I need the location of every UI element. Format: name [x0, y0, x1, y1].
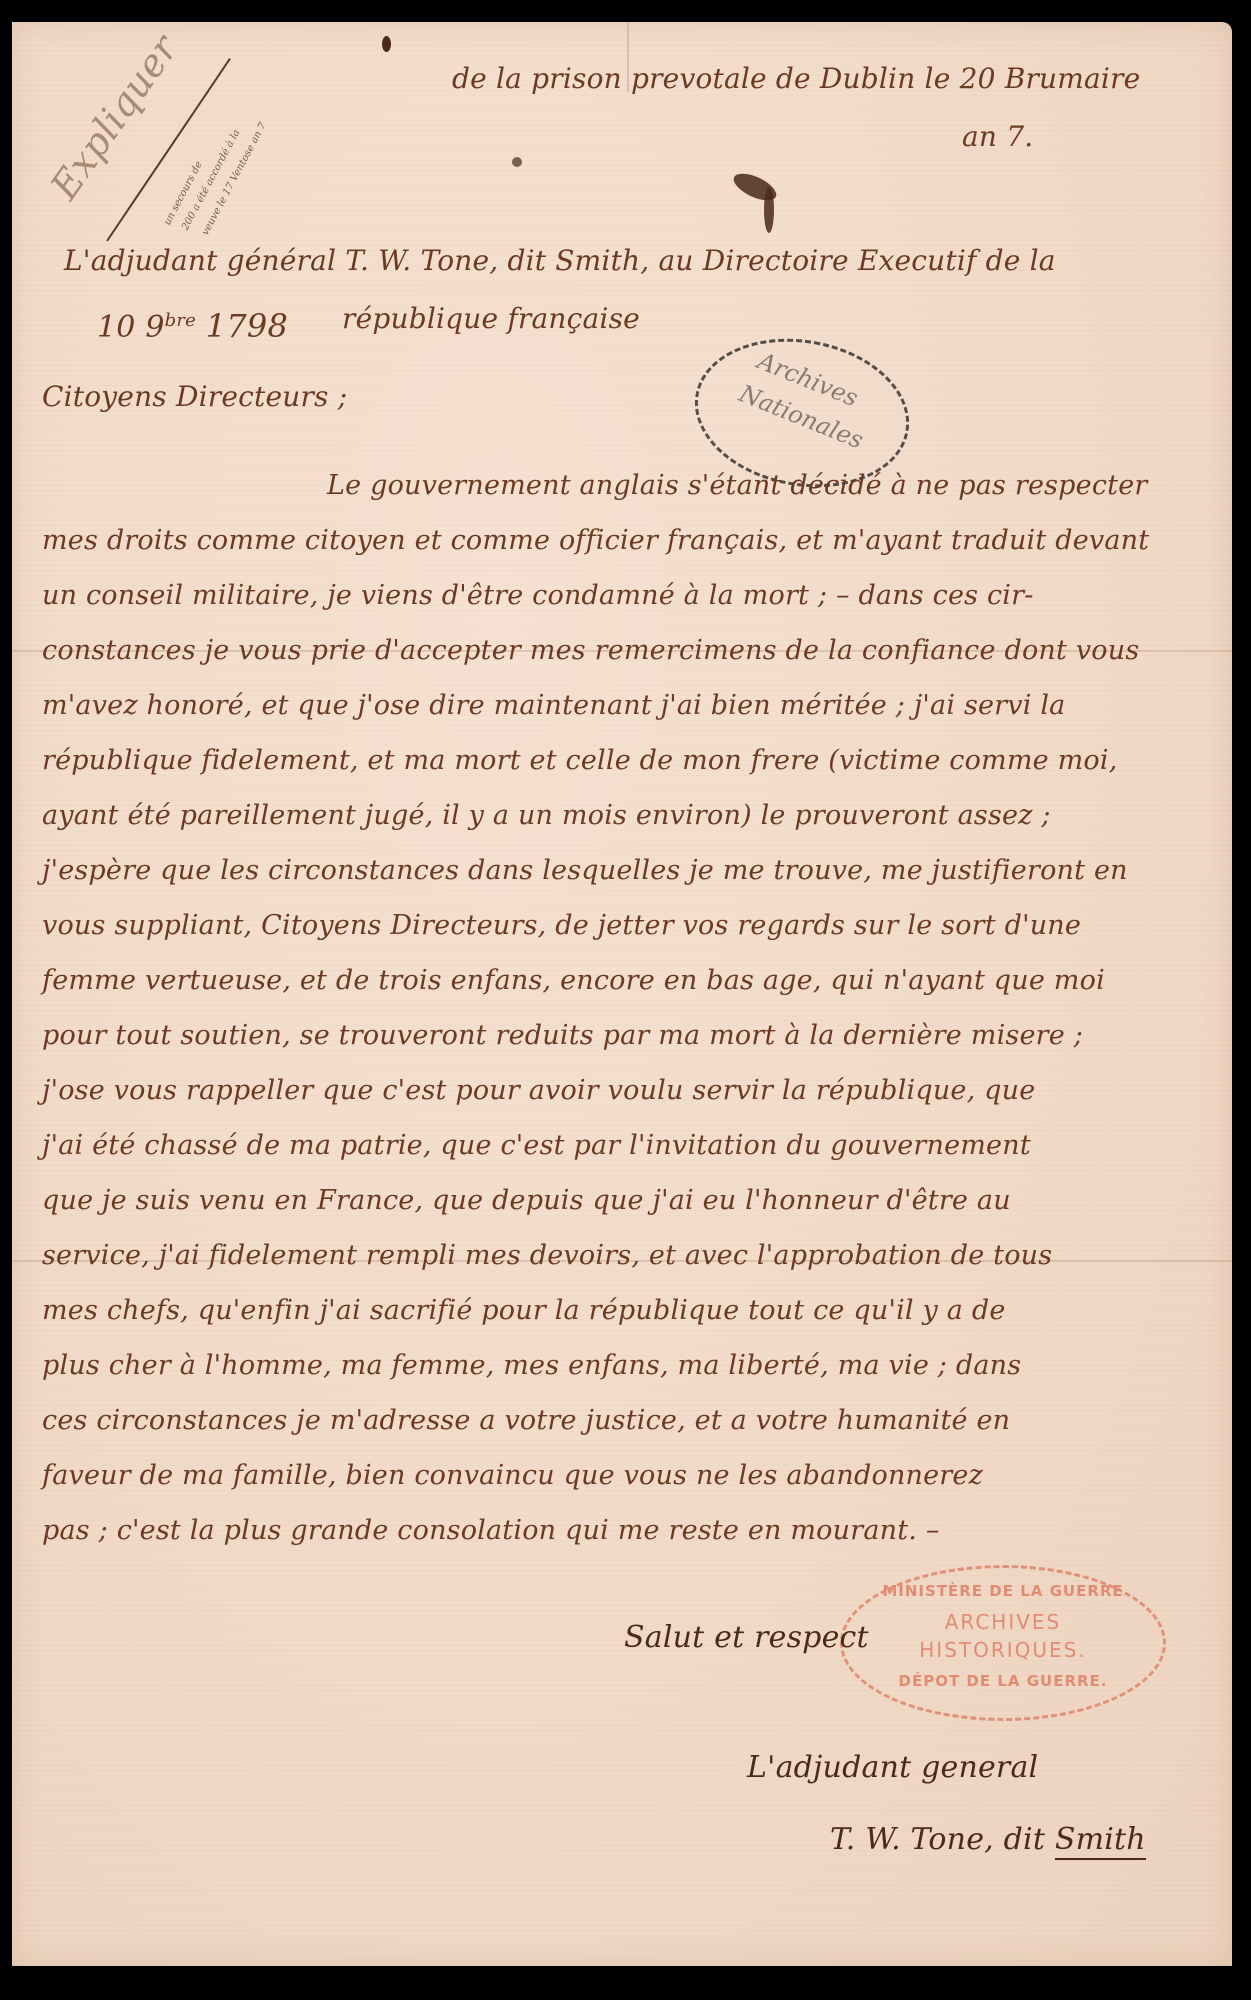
- margin-date-year: 1798: [206, 307, 288, 345]
- body-line: faveur de ma famille, bien convaincu que…: [42, 1460, 983, 1491]
- margin-date-month-sup: bre: [165, 310, 196, 331]
- ministere-guerre-stamp: MINISTÈRE DE LA GUERRE ARCHIVES HISTORIQ…: [840, 1565, 1166, 1721]
- body-line: pas ; c'est la plus grande consolation q…: [42, 1515, 940, 1546]
- letter-paper: Expliquer un secours de 200 a été accord…: [12, 22, 1232, 1966]
- stamp-text: HISTORIQUES.: [843, 1638, 1163, 1662]
- salutation: Citoyens Directeurs ;: [42, 380, 347, 413]
- margin-date: 10 9bre 1798: [97, 307, 288, 345]
- body-line: Le gouvernement anglais s'étant décidé à…: [327, 470, 1148, 501]
- body-line: m'avez honoré, et que j'ose dire mainten…: [42, 690, 1065, 721]
- body-line: femme vertueuse, et de trois enfans, enc…: [42, 965, 1105, 996]
- body-line: pour tout soutien, se trouveront reduits…: [42, 1020, 1083, 1051]
- body-line: j'ai été chassé de ma patrie, que c'est …: [42, 1130, 1031, 1161]
- ink-blot: [764, 187, 774, 233]
- ink-blot: [382, 36, 391, 52]
- address-text: L'adjudant général T. W. Tone, dit Smith…: [64, 244, 1056, 277]
- stamp-text: ARCHIVES: [843, 1610, 1163, 1634]
- body-line: mes droits comme citoyen et comme offici…: [42, 525, 1149, 556]
- address-line: L'adjudant général T. W. Tone, dit Smith…: [64, 244, 1056, 277]
- stamp-text: MINISTÈRE DE LA GUERRE: [843, 1582, 1163, 1600]
- body-line: plus cher à l'homme, ma femme, mes enfan…: [42, 1350, 1021, 1381]
- signature-title: L'adjudant general: [747, 1750, 1038, 1785]
- place-date-line: de la prison prevotale de Dublin le 20 B…: [452, 62, 1140, 95]
- body-line: constances je vous prie d'accepter mes r…: [42, 635, 1139, 666]
- body-line: j'espère que les circonstances dans lesq…: [42, 855, 1128, 886]
- signature-alias: Smith: [1055, 1822, 1146, 1860]
- body-line: ces circonstances je m'adresse a votre j…: [42, 1405, 1010, 1436]
- stamp-text: DÉPOT DE LA GUERRE.: [843, 1672, 1163, 1690]
- body-line: que je suis venu en France, que depuis q…: [42, 1185, 1011, 1216]
- body-line: vous suppliant, Citoyens Directeurs, de …: [42, 910, 1081, 941]
- margin-date-day: 10: [97, 310, 136, 345]
- ink-blot: [512, 157, 522, 167]
- margin-date-month: 9: [145, 310, 164, 345]
- margin-pencil-note: Expliquer: [42, 27, 186, 207]
- signature-name: T. W. Tone, dit: [830, 1822, 1045, 1857]
- address-line-2: république française: [342, 302, 640, 335]
- body-line: république fidelement, et ma mort et cel…: [42, 745, 1118, 776]
- closing: Salut et respect: [624, 1620, 869, 1655]
- signature: T. W. Tone, dit Smith: [830, 1822, 1146, 1857]
- body-line: service, j'ai fidelement rempli mes devo…: [42, 1240, 1052, 1271]
- body-line: j'ose vous rappeller que c'est pour avoi…: [42, 1075, 1035, 1106]
- place-date-year: an 7.: [962, 120, 1033, 153]
- body-line: ayant été pareillement jugé, il y a un m…: [42, 800, 1051, 831]
- body-line: mes chefs, qu'enfin j'ai sacrifié pour l…: [42, 1295, 1006, 1326]
- body-line: un conseil militaire, je viens d'être co…: [42, 580, 1034, 611]
